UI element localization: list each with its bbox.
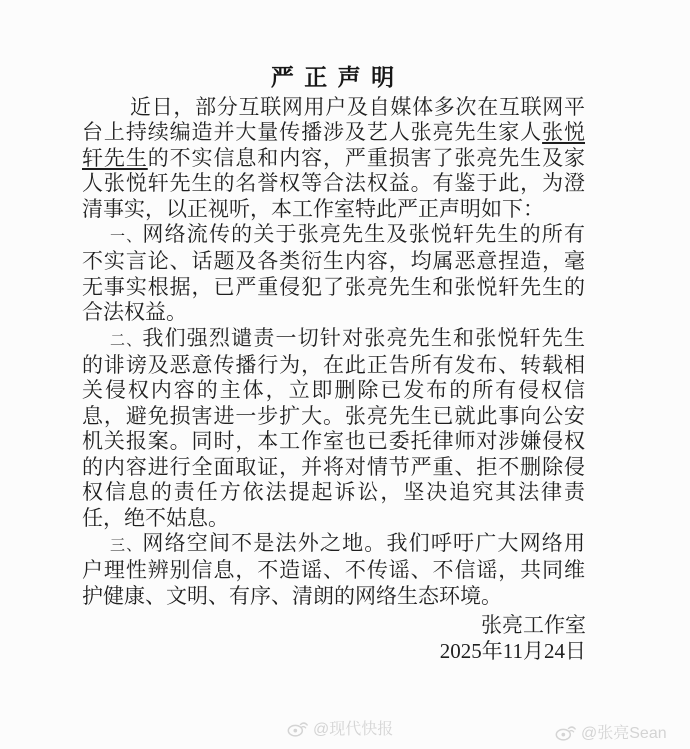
statement-text: 人张悦轩先生的名誉权等合法权益。有鉴于此，为澄 bbox=[82, 172, 585, 195]
statement-text: 不实言论、话题及各类衍生内容，均属恶意捏造，毫 bbox=[82, 250, 585, 273]
signature-date: 2025年11月24日 bbox=[440, 639, 586, 665]
statement-line: 机关报案。同时，本工作室也已委托律师对涉嫌侵权 bbox=[82, 429, 585, 454]
statement-line: 户理性辨别信息，不造谣、不传谣、不信谣，共同维 bbox=[82, 558, 585, 583]
paragraph-2: 一、网络流传的关于张亮先生及张悦轩先生的所有 不实言论、话题及各类衍生内容，均属… bbox=[82, 222, 585, 326]
statement-line: 近日，部分互联网用户及自媒体多次在互联网平 bbox=[82, 95, 585, 120]
statement-line: 无事实根据，已严重侵犯了张亮先生和张悦轩先生的 bbox=[82, 275, 585, 300]
statement-text: 网络空间不是法外之地。我们呼吁广大网络用 bbox=[142, 532, 585, 555]
weibo-icon bbox=[555, 723, 576, 741]
statement-line: 的诽谤及恶意传播行为，在此正告所有发布、转载相 bbox=[82, 353, 585, 378]
statement-text: 合法权益。 bbox=[82, 301, 187, 324]
statement-title: 严 正 声 明 bbox=[82, 62, 585, 92]
statement-line: 清事实，以正视听，本工作室特此严正声明如下： bbox=[82, 197, 585, 222]
statement-text: 无事实根据，已严重侵犯了张亮先生和张悦轩先生的 bbox=[82, 276, 585, 299]
statement-line: 关侵权内容的主体，立即删除已发布的所有侵权信 bbox=[82, 378, 585, 403]
statement-text: 任，绝不姑息。 bbox=[82, 507, 229, 530]
statement-text: 近日，部分互联网用户及自媒体多次在互联网平 bbox=[130, 96, 585, 119]
statement-line: 三、网络空间不是法外之地。我们呼吁广大网络用 bbox=[82, 531, 585, 558]
statement-text: 机关报案。同时，本工作室也已委托律师对涉嫌侵权 bbox=[82, 430, 585, 453]
statement-line: 权信息的责任方依法提起诉讼，坚决追究其法律责 bbox=[82, 480, 585, 505]
signature-block: 张亮工作室 2025年11月24日 bbox=[440, 613, 586, 664]
statement-text: 的不实信息和内容，严重损害了张亮先生及家 bbox=[148, 147, 585, 170]
statement-text: 清事实，以正视听，本工作室特此严正声明如下： bbox=[82, 198, 544, 221]
paragraph-3: 二、我们强烈谴责一切针对张亮先生和张悦轩先生 的诽谤及恶意传播行为，在此正告所有… bbox=[82, 326, 585, 531]
watermark-handle: @张亮Sean bbox=[581, 720, 667, 743]
statement-text: 网络流传的关于张亮先生及张悦轩先生的所有 bbox=[142, 223, 585, 246]
statement-text: 护健康、文明、有序、清朗的网络生态环境。 bbox=[82, 585, 502, 608]
paragraph-1: 近日，部分互联网用户及自媒体多次在互联网平 台上持续编造并大量传播涉及艺人张亮先… bbox=[82, 95, 585, 222]
statement-document: 严 正 声 明 近日，部分互联网用户及自媒体多次在互联网平 台上持续编造并大量传… bbox=[82, 62, 585, 609]
statement-text: 台上持续编造并大量传播涉及艺人张亮先生家人 bbox=[82, 121, 542, 144]
statement-line: 息，避免损害进一步扩大。张亮先生已就此事向公安 bbox=[82, 404, 585, 429]
statement-text: 权信息的责任方依法提起诉讼，坚决追究其法律责 bbox=[82, 481, 585, 504]
paragraph-number: 三、 bbox=[110, 537, 142, 554]
statement-text: 息，避免损害进一步扩大。张亮先生已就此事向公安 bbox=[82, 405, 585, 428]
statement-line: 二、我们强烈谴责一切针对张亮先生和张悦轩先生 bbox=[82, 326, 585, 353]
watermark-handle: @现代快报 bbox=[313, 716, 393, 739]
statement-line: 不实言论、话题及各类衍生内容，均属恶意捏造，毫 bbox=[82, 249, 585, 274]
paragraph-number: 一、 bbox=[110, 228, 142, 245]
weibo-icon bbox=[287, 719, 308, 737]
statement-line: 一、网络流传的关于张亮先生及张悦轩先生的所有 bbox=[82, 222, 585, 249]
statement-line: 的内容进行全面取证，并将对情节严重、拒不删除侵 bbox=[82, 455, 585, 480]
statement-line: 任，绝不姑息。 bbox=[82, 506, 585, 531]
statement-text: 户理性辨别信息，不造谣、不传谣、不信谣，共同维 bbox=[82, 559, 585, 582]
statement-text: 我们强烈谴责一切针对张亮先生和张悦轩先生 bbox=[142, 327, 585, 350]
statement-line: 合法权益。 bbox=[82, 300, 585, 325]
watermark-right: @张亮Sean bbox=[555, 720, 667, 743]
statement-text: 的内容进行全面取证，并将对情节严重、拒不删除侵 bbox=[82, 456, 585, 479]
statement-text: 的诽谤及恶意传播行为，在此正告所有发布、转载相 bbox=[82, 354, 585, 377]
statement-line: 护健康、文明、有序、清朗的网络生态环境。 bbox=[82, 584, 585, 609]
paragraph-4: 三、网络空间不是法外之地。我们呼吁广大网络用 户理性辨别信息，不造谣、不传谣、不… bbox=[82, 531, 585, 609]
underlined-name: 轩先生 bbox=[82, 147, 148, 170]
underlined-name: 张悦 bbox=[542, 121, 585, 144]
signature-name: 张亮工作室 bbox=[440, 613, 586, 639]
statement-line: 轩先生的不实信息和内容，严重损害了张亮先生及家 bbox=[82, 146, 585, 171]
statement-line: 台上持续编造并大量传播涉及艺人张亮先生家人张悦 bbox=[82, 120, 585, 145]
watermark-center: @现代快报 bbox=[287, 716, 393, 739]
statement-text: 关侵权内容的主体，立即删除已发布的所有侵权信 bbox=[82, 379, 585, 402]
statement-page: 严 正 声 明 近日，部分互联网用户及自媒体多次在互联网平 台上持续编造并大量传… bbox=[0, 0, 690, 749]
paragraph-number: 二、 bbox=[110, 332, 142, 349]
statement-line: 人张悦轩先生的名誉权等合法权益。有鉴于此，为澄 bbox=[82, 171, 585, 196]
